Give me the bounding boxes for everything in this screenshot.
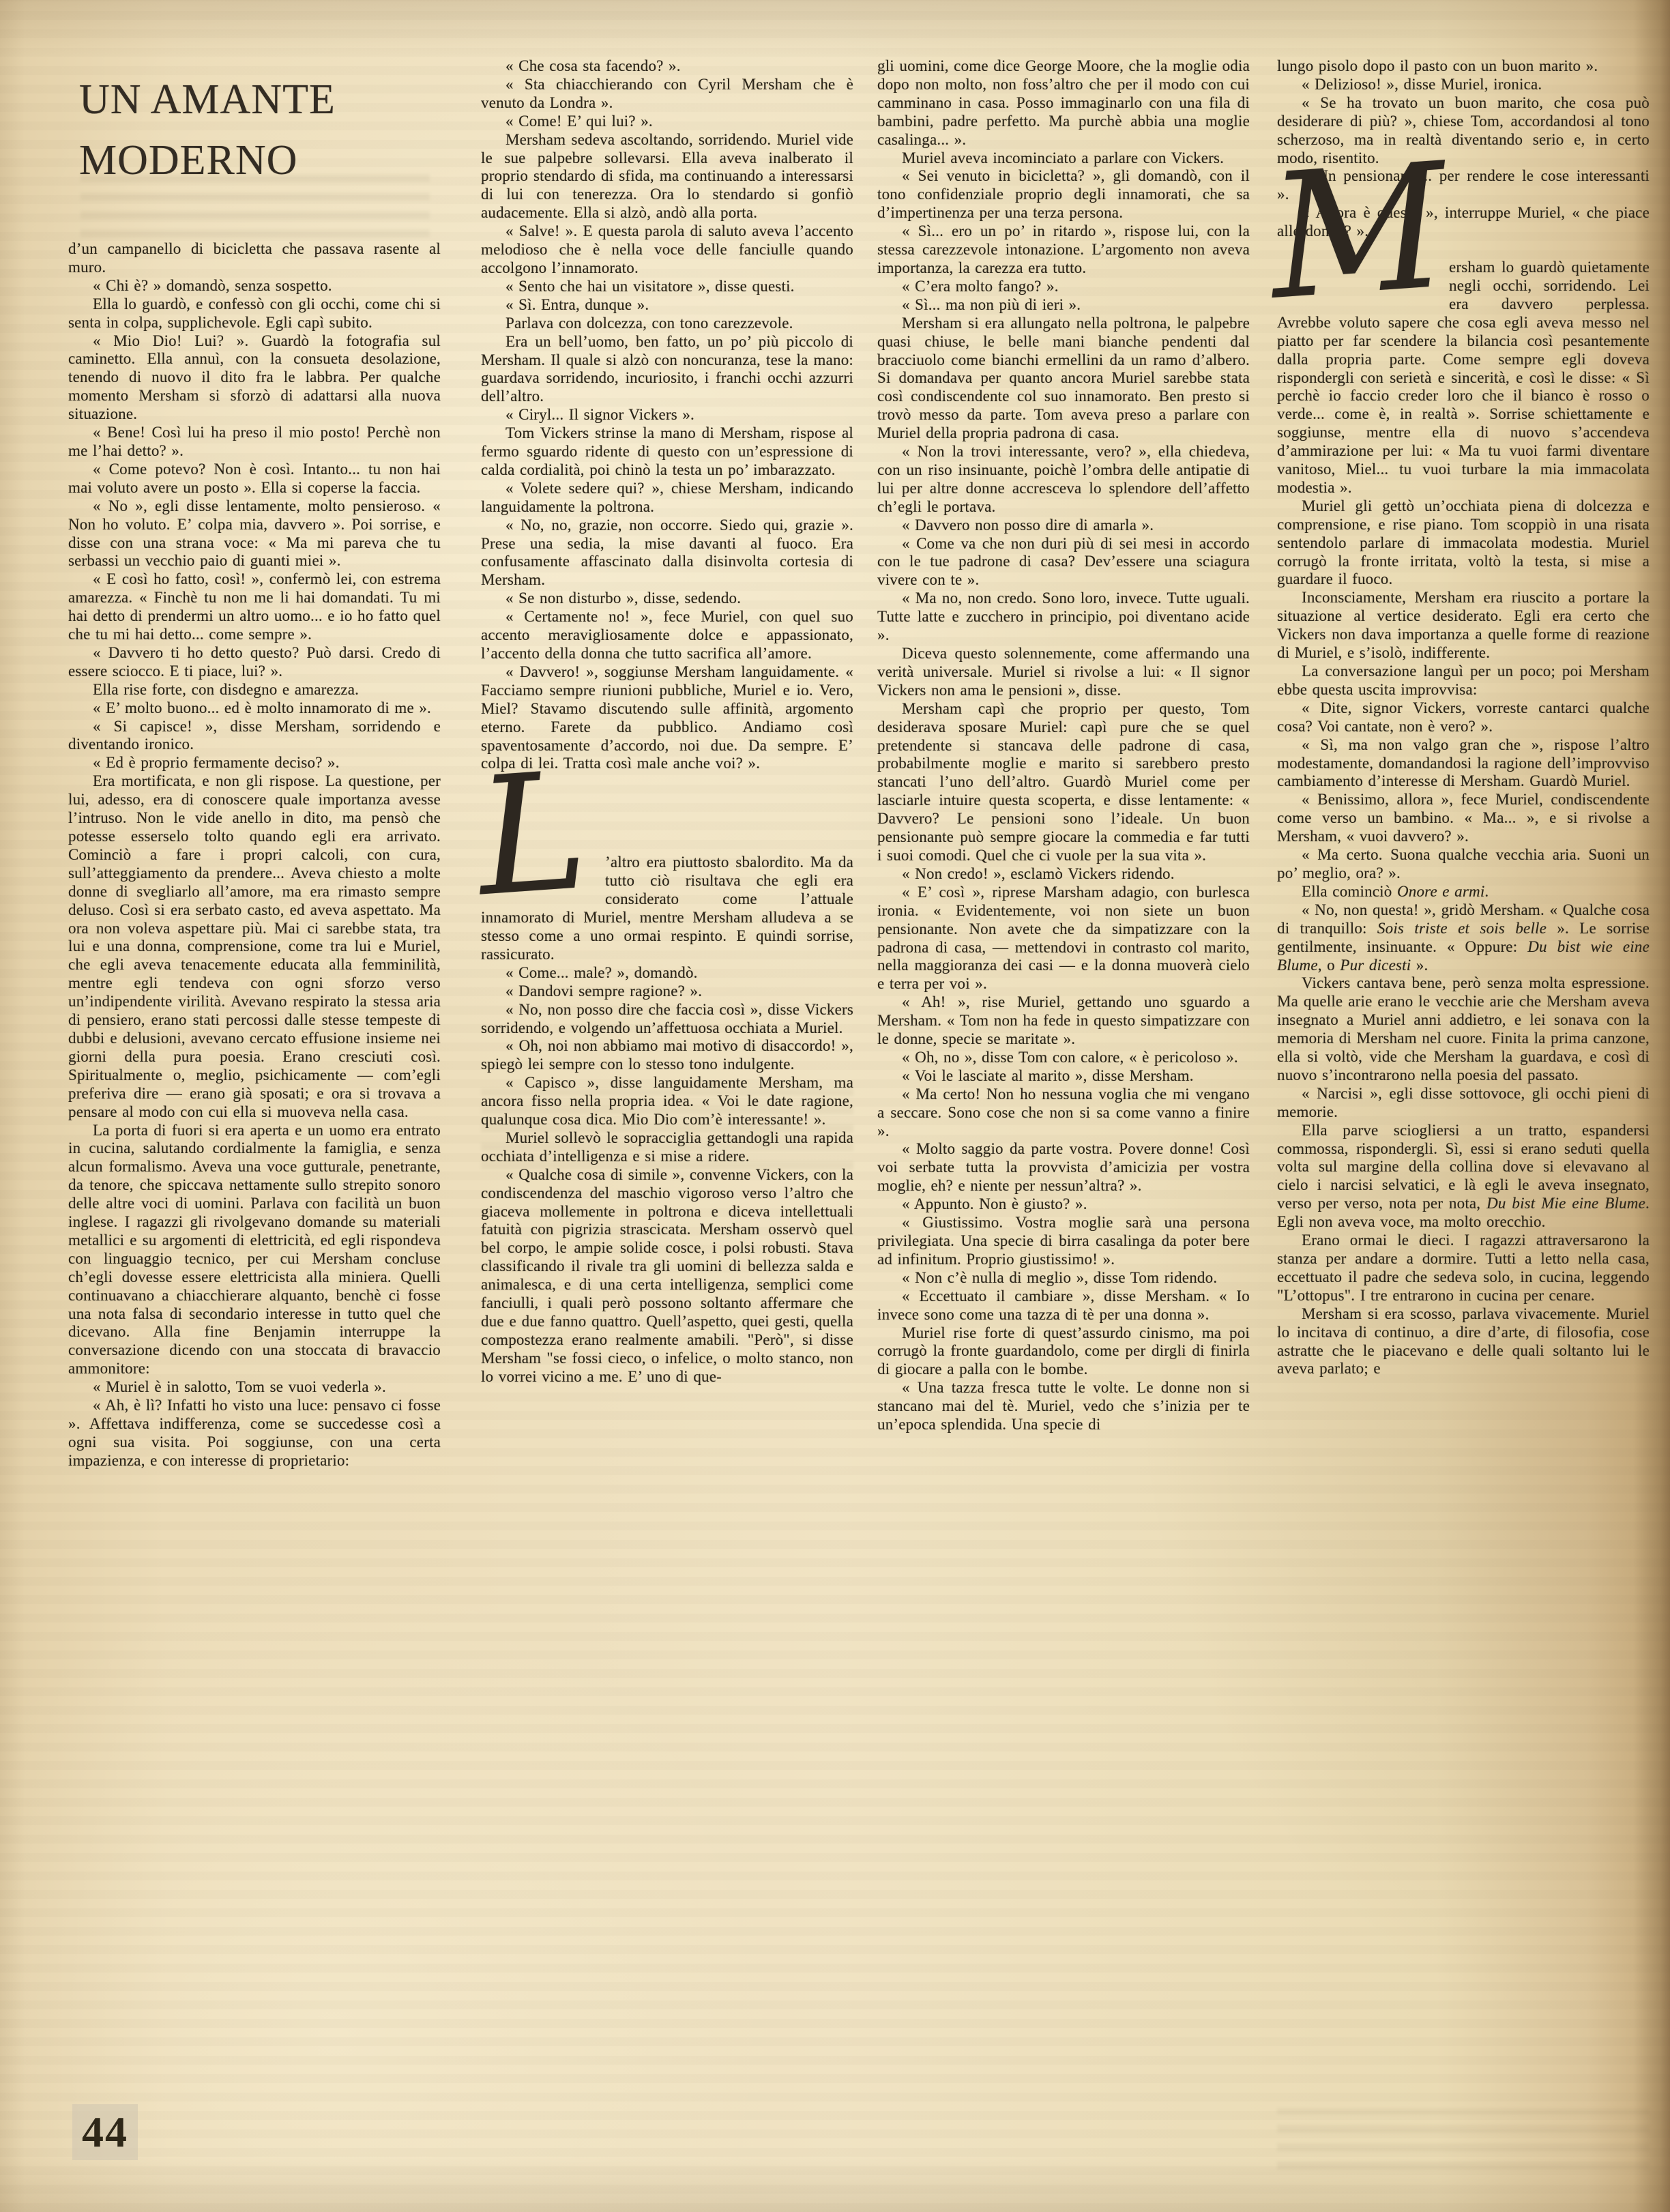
paragraph: « Sì... ero un po’ in ritardo », rispose…	[877, 222, 1250, 278]
text-column-4: lungo pisolo dopo il pasto con un buon m…	[1277, 57, 1650, 2111]
paragraph: « Ma no, non credo. Sono loro, invece. T…	[877, 590, 1250, 645]
paragraph: « Si capisce! », disse Mersham, sorriden…	[68, 718, 441, 755]
paragraph: La porta di fuori si era aperta e un uom…	[68, 1122, 441, 1379]
paragraph: « Volete sedere qui? », chiese Mersham, …	[481, 480, 853, 516]
paragraph: « Oh, no », disse Tom con calore, « è pe…	[877, 1049, 1250, 1067]
paragraph: « E’ molto buono... ed è molto innamorat…	[68, 699, 441, 718]
paragraph: « No, no, grazie, non occorre. Siedo qui…	[481, 516, 853, 590]
paragraph: « Sì, ma non valgo gran che », rispose l…	[1277, 736, 1650, 791]
paragraph: « Davvero ti ho detto questo? Può darsi.…	[68, 644, 441, 681]
paragraph: Era mortificata, e non gli rispose. La q…	[68, 772, 441, 1121]
paragraph: « Giustissimo. Vostra moglie sarà una pe…	[877, 1214, 1250, 1269]
paragraph: Mersham si era scosso, parlava vivacemen…	[1277, 1305, 1650, 1379]
paragraph: Ella parve sciogliersi a un tratto, espa…	[1277, 1122, 1650, 1232]
paragraph: « Sì. Entra, dunque ».	[481, 296, 853, 315]
paragraph: lungo pisolo dopo il pasto con un buon m…	[1277, 57, 1650, 76]
paragraph: « Ma certo. Suona qualche vecchia aria. …	[1277, 846, 1650, 883]
paragraph: « E così ho fatto, così! », confermò lei…	[68, 570, 441, 644]
paragraph: d’un campanello di bicicletta che passav…	[68, 240, 441, 277]
paragraph: Diceva questo solennemente, come afferma…	[877, 645, 1250, 700]
paragraph: La conversazione languì per un poco; poi…	[1277, 663, 1650, 699]
paragraph: « Come va che non duri più di sei mesi i…	[877, 535, 1250, 590]
paragraph: « Voi le lasciate al marito », disse Mer…	[877, 1067, 1250, 1086]
magazine-page: UN AMANTE MODERNO d’un campanello di bic…	[0, 0, 1670, 2212]
drop-cap-section: ersham lo guardò quietamente negli occhi…	[1277, 259, 1650, 497]
paragraph: « Muriel è in salotto, Tom se vuoi veder…	[68, 1378, 441, 1397]
paragraph: « Come... male? », domandò.	[481, 964, 853, 983]
drop-cap-section: ’altro era piuttosto sbalordito. Ma da t…	[481, 854, 853, 963]
paragraph: Era un bell’uomo, ben fatto, un po’ più …	[481, 333, 853, 407]
paragraph: « No, non posso dire che faccia così », …	[481, 1001, 853, 1038]
paragraph: « Salve! ». E questa parola di saluto av…	[481, 222, 853, 278]
paragraph: Muriel aveva incominciato a parlare con …	[877, 149, 1250, 168]
paragraph: « No, non questa! », gridò Mersham. « Qu…	[1277, 901, 1650, 975]
paragraph: « Ah, è lì? Infatti ho visto una luce: p…	[68, 1397, 441, 1470]
paragraph: « Ma certo! Non ho nessuna voglia che mi…	[877, 1086, 1250, 1141]
print-bleed-ghost	[1277, 2108, 1650, 2170]
paragraph: « Oh, noi non abbiamo mai motivo di disa…	[481, 1037, 853, 1074]
paragraph: Mersham si era allungato nella poltrona,…	[877, 315, 1250, 443]
paragraph: Muriel gli gettò un’occhiata piena di do…	[1277, 497, 1650, 590]
paragraph: « Che cosa sta facendo? ».	[481, 57, 853, 76]
paragraph: « Come! E’ qui lui? ».	[481, 113, 853, 131]
paragraph: « Capisco », disse languidamente Mersham…	[481, 1074, 853, 1129]
paragraph: « Certamente no! », fece Muriel, con que…	[481, 608, 853, 663]
paragraph: « C’era molto fango? ».	[877, 278, 1250, 296]
paragraph: « Narcisi », egli disse sottovoce, gli o…	[1277, 1085, 1650, 1122]
page-number: 44	[72, 2104, 138, 2160]
paragraph: « Appunto. Non è giusto? ».	[877, 1195, 1250, 1214]
paragraph: « Sta chiacchierando con Cyril Mersham c…	[481, 76, 853, 113]
page-title: UN AMANTE MODERNO	[79, 70, 461, 191]
paragraph: Muriel rise forte di quest’assurdo cinis…	[877, 1324, 1250, 1380]
drop-cap-initial	[1277, 259, 1449, 298]
text-column-3: gli uomini, come dice George Moore, che …	[877, 57, 1250, 2111]
paragraph: « Davvero non posso dire di amarla ».	[877, 516, 1250, 535]
paragraph: Mersham sedeva ascoltando, sorridendo. M…	[481, 131, 853, 223]
paragraph: « Ah! », rise Muriel, gettando uno sguar…	[877, 993, 1250, 1049]
paragraph: « Come potevo? Non è così. Intanto... tu…	[68, 461, 441, 497]
paragraph: « Sento che hai un visitatore », disse q…	[481, 278, 853, 296]
paragraph: « E’ così », riprese Marsham adagio, con…	[877, 884, 1250, 993]
paragraph: « Dite, signor Vickers, vorreste cantarc…	[1277, 699, 1650, 736]
page-title-line1: UN AMANTE	[79, 76, 336, 123]
paragraph: « Delizioso! », disse Muriel, ironica.	[1277, 76, 1650, 94]
paragraph: Ella rise forte, con disdegno e amarezza…	[68, 681, 441, 699]
paragraph: Ella cominciò Onore e armi.	[1277, 883, 1650, 901]
paragraph: Vickers cantava bene, però senza molta e…	[1277, 974, 1650, 1084]
paragraph: « Non c’è nulla di meglio », disse Tom r…	[877, 1269, 1250, 1287]
paragraph: « Sei venuto in bicicletta? », gli doman…	[877, 167, 1250, 222]
paragraph: « Molto saggio da parte vostra. Povere d…	[877, 1140, 1250, 1195]
paragraph: Parlava con dolcezza, con tono carezzevo…	[481, 315, 853, 333]
paragraph: Inconsciamente, Mersham era riuscito a p…	[1277, 589, 1650, 663]
paragraph: Erano ormai le dieci. I ragazzi attraver…	[1277, 1232, 1650, 1305]
drop-cap-initial	[481, 854, 605, 892]
text-column-1: d’un campanello di bicicletta che passav…	[68, 240, 441, 2100]
paragraph: « Bene! Così lui ha preso il mio posto! …	[68, 424, 441, 461]
paragraph: Ella lo guardò, e confessò con gli occhi…	[68, 295, 441, 332]
paragraph: « Se non disturbo », disse, sedendo.	[481, 590, 853, 608]
paragraph: Muriel sollevò le sopracciglia gettandog…	[481, 1129, 853, 1166]
text-column-2: « Che cosa sta facendo? ».« Sta chiacchi…	[481, 57, 853, 2111]
paragraph: « Eccettuato il cambiare », disse Mersha…	[877, 1287, 1250, 1324]
paragraph: « Ciryl... Il signor Vickers ».	[481, 406, 853, 424]
paragraph: « Una tazza fresca tutte le volte. Le do…	[877, 1379, 1250, 1434]
paragraph: « Mio Dio! Lui? ». Guardò la fotografia …	[68, 332, 441, 424]
paragraph: « Qualche cosa di simile », convenne Vic…	[481, 1166, 853, 1386]
paragraph: Tom Vickers strinse la mano di Mersham, …	[481, 424, 853, 480]
paragraph: « Benissimo, allora », fece Muriel, cond…	[1277, 791, 1650, 846]
page-title-line2: MODERNO	[79, 137, 297, 184]
paragraph: « Sì... ma non più di ieri ».	[877, 296, 1250, 315]
paragraph: « No », egli disse lentamente, molto pen…	[68, 497, 441, 571]
paragraph: « Non la trovi interessante, vero? », el…	[877, 443, 1250, 516]
paragraph: gli uomini, come dice George Moore, che …	[877, 57, 1250, 149]
paragraph: « Ed è proprio fermamente deciso? ».	[68, 754, 441, 772]
paragraph: « Chi è? » domandò, senza sospetto.	[68, 277, 441, 295]
paragraph: « Non credo! », esclamò Vickers ridendo.	[877, 865, 1250, 884]
paragraph: « Dandovi sempre ragione? ».	[481, 983, 853, 1001]
paragraph: Mersham capì che proprio per questo, Tom…	[877, 700, 1250, 865]
